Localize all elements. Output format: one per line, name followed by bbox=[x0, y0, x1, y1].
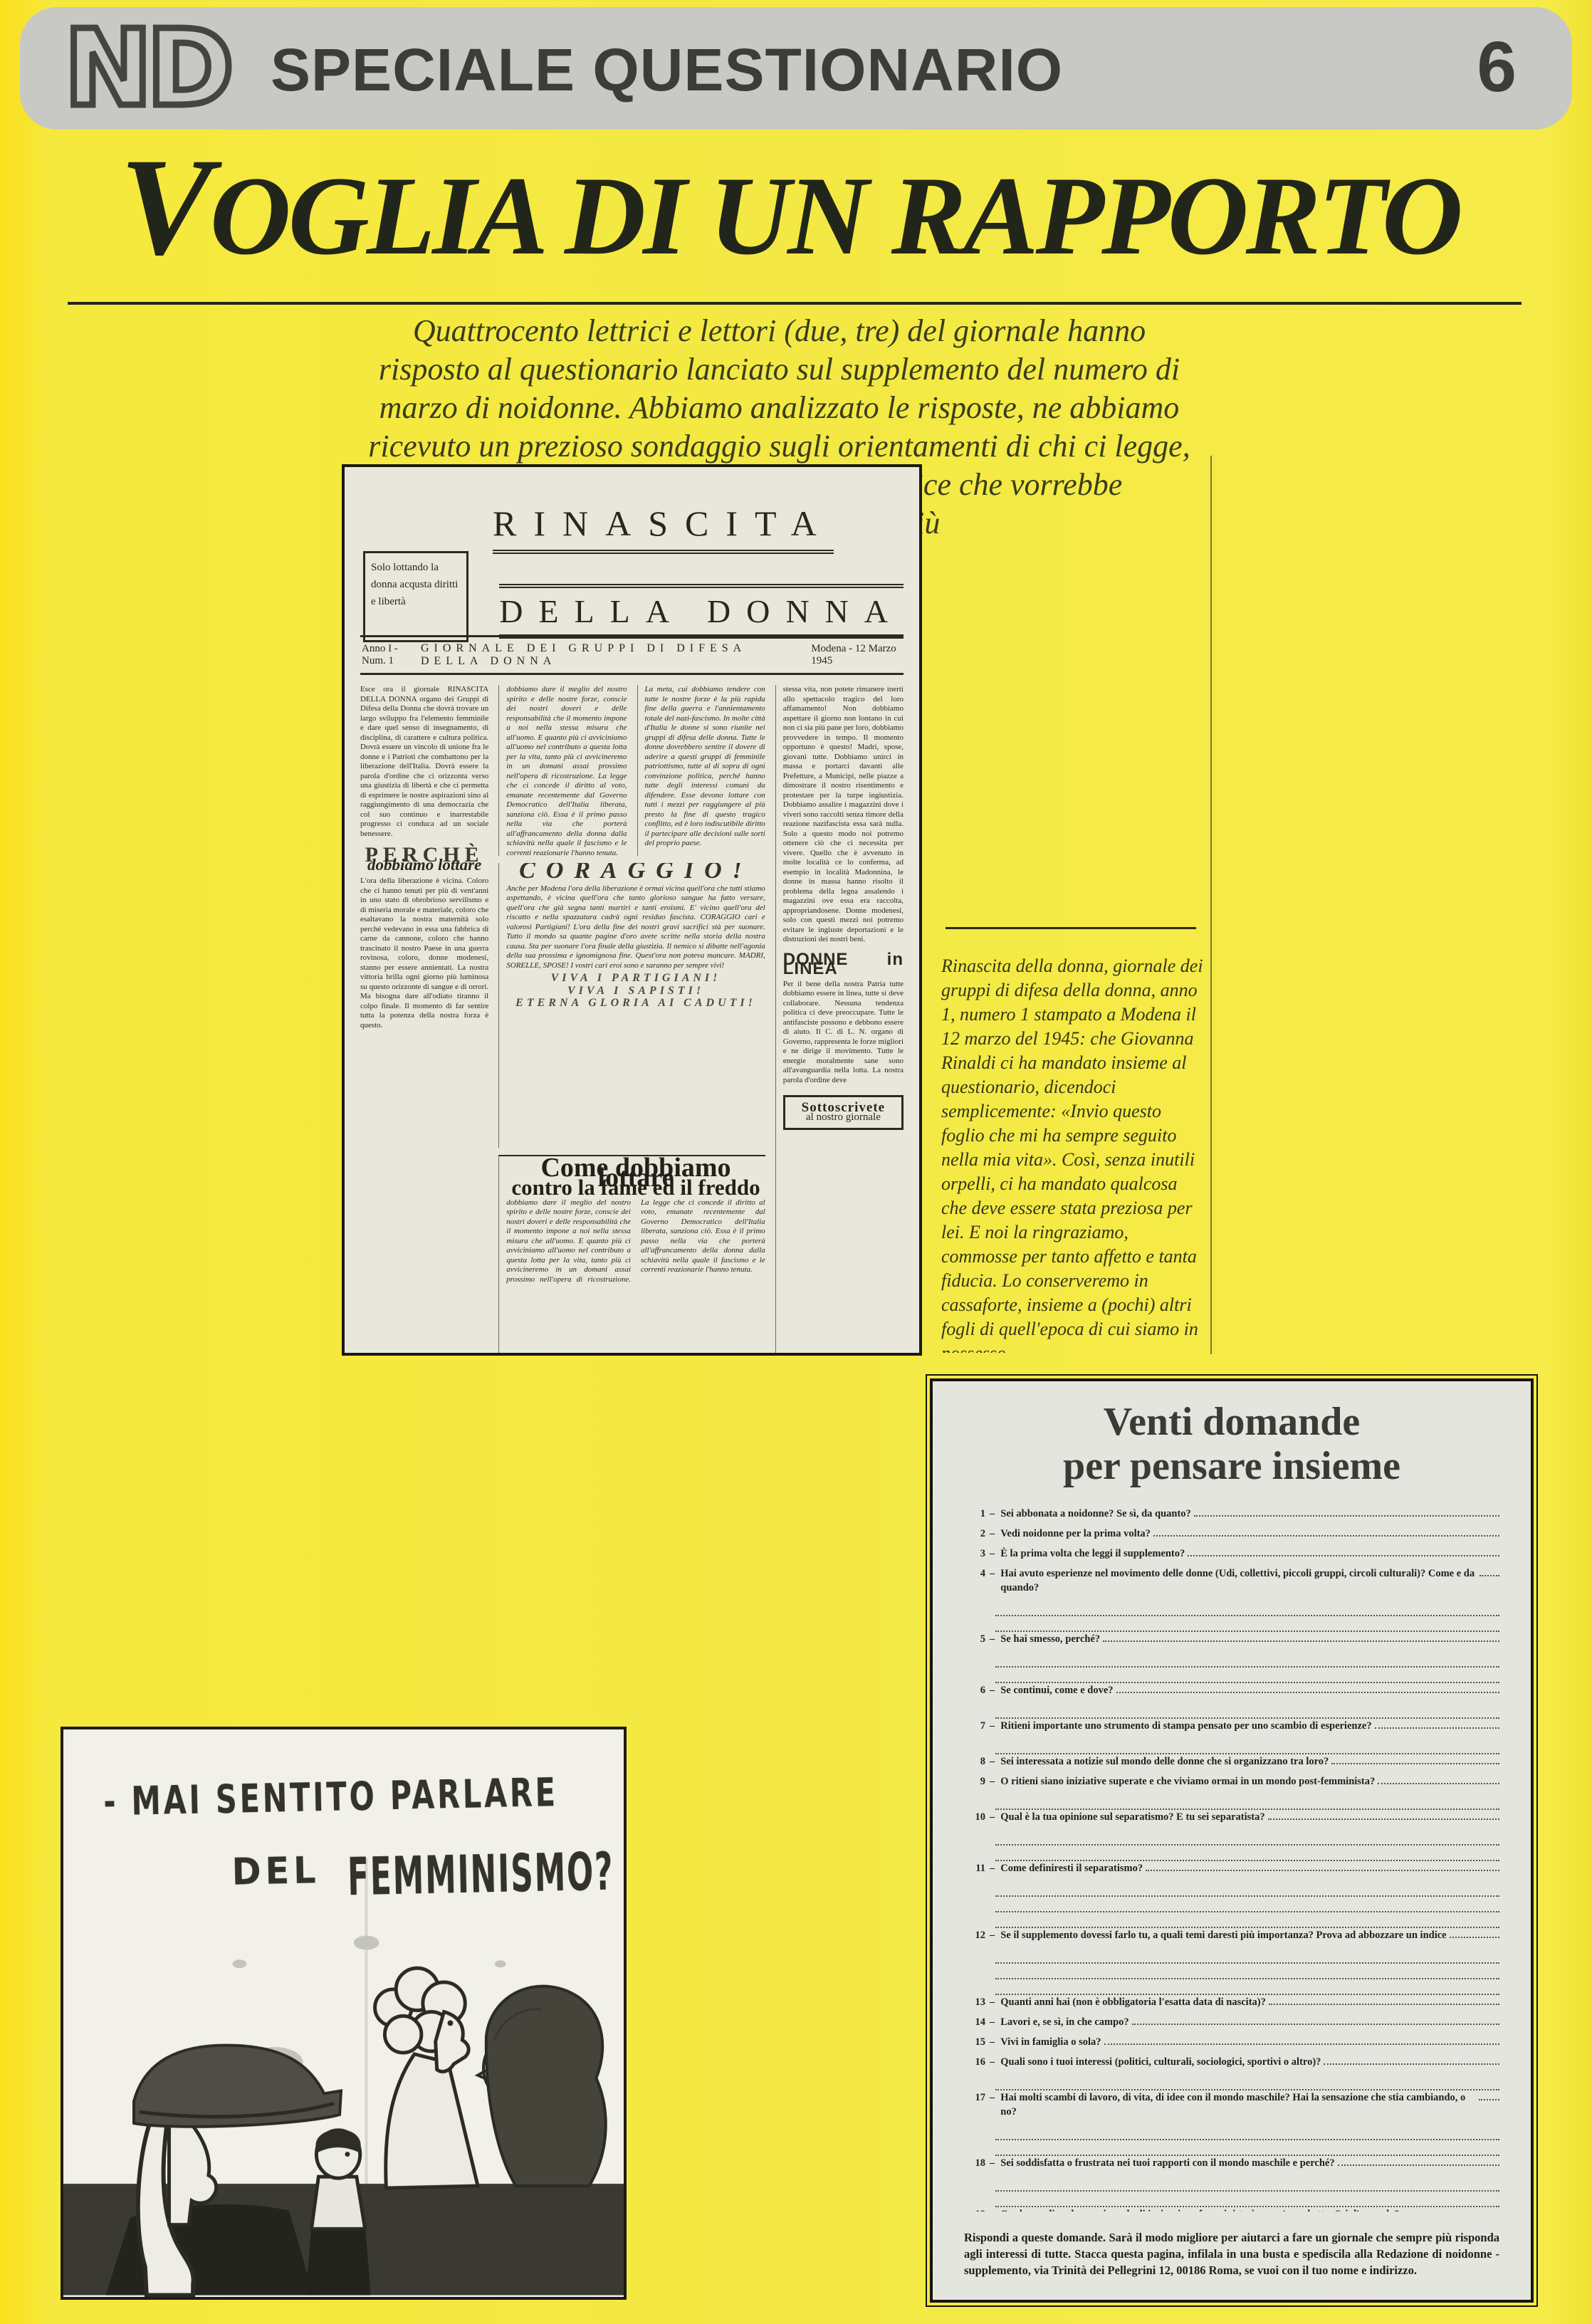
question-text: Se continui, come e dove? bbox=[1000, 1683, 1113, 1697]
question-text: O ritieni siano iniziative superate e ch… bbox=[1000, 1774, 1375, 1789]
answer-extra-lines bbox=[964, 1703, 1499, 1719]
question-list: 1 – Sei abbonata a noidonne? Se sì, da q… bbox=[964, 1507, 1499, 2212]
question-text: Come definiresti il separatismo? bbox=[1000, 1861, 1143, 1875]
page-number: 6 bbox=[1477, 7, 1517, 127]
questionnaire-question: 17 – Hai molti scambi di lavoro, di vita… bbox=[964, 2090, 1499, 2156]
question-text: Quali sono i tuoi interessi (politici, c… bbox=[1000, 2055, 1321, 2069]
answer-dotted-line bbox=[1194, 1515, 1499, 1517]
question-number: 17 bbox=[964, 2090, 985, 2105]
question-number: 2 bbox=[964, 1527, 985, 1541]
newspaper-col1: Esce ora il giornale RINASCITA DELLA DON… bbox=[360, 685, 488, 1356]
question-number: 14 bbox=[964, 2015, 985, 2029]
newspaper-heading-coraggio: CORAGGIO! bbox=[506, 866, 765, 876]
newspaper-slogan-box: Solo lottando la donna acqusta diritti e… bbox=[363, 551, 468, 642]
answer-dotted-line bbox=[1132, 2024, 1499, 2025]
question-number: 13 bbox=[964, 1995, 985, 2009]
article-headline: VOGLIA DI UN RAPPORTO bbox=[120, 140, 1551, 284]
question-number: 4 bbox=[964, 1566, 985, 1581]
question-text: Vivi in famiglia o sola? bbox=[1000, 2035, 1101, 2049]
questionnaire-question: 11 – Come definiresti il separatismo? bbox=[964, 1861, 1499, 1928]
questionnaire-title-line1: Venti domande bbox=[964, 1400, 1499, 1444]
question-text: Hai molti scambi di lavoro, di vita, di … bbox=[1000, 2090, 1475, 2119]
question-dash: – bbox=[985, 1507, 1000, 1521]
answer-dotted-line bbox=[1268, 1818, 1499, 1820]
questionnaire-question: 14 – Lavori e, se sì, in che campo? bbox=[964, 2015, 1499, 2029]
newspaper-col3: La meta, cui dobbiamo tendere con tutte … bbox=[637, 685, 765, 856]
questionnaire-box: Venti domande per pensare insieme 1 – Se… bbox=[930, 1378, 1534, 2303]
newspaper-col4: stessa vita, non potete rimanere inerti … bbox=[775, 685, 904, 1356]
questionnaire-question: 3 – È la prima volta che leggi il supple… bbox=[964, 1546, 1499, 1561]
question-dash: – bbox=[985, 1683, 1000, 1697]
question-number: 8 bbox=[964, 1754, 985, 1769]
answer-dotted-line bbox=[1324, 2063, 1499, 2065]
newspaper-text: stessa vita, non potete rimanere inerti … bbox=[783, 685, 904, 943]
questionnaire-question: 9 – O ritieni siano iniziative superate … bbox=[964, 1774, 1499, 1810]
question-dash: – bbox=[985, 1995, 1000, 2009]
newspaper-sottoscrivete-box: Sottoscrivete al nostro giornale bbox=[783, 1095, 904, 1130]
answer-dotted-line bbox=[1479, 2099, 1499, 2100]
question-text: Se hai smesso, perché? bbox=[1000, 1632, 1100, 1646]
newspaper-subtitle: GIORNALE DEI GRUPPI DI DIFESA DELLA DONN… bbox=[421, 642, 811, 668]
question-dash: – bbox=[985, 1546, 1000, 1561]
question-dash: – bbox=[985, 1774, 1000, 1789]
answer-extra-lines bbox=[964, 2125, 1499, 2156]
question-dash: – bbox=[985, 2055, 1000, 2069]
vintage-newspaper-image: Solo lottando la donna acqusta diritti e… bbox=[342, 464, 922, 1356]
newspaper-text: dobbiamo dare il meglio del nostro spiri… bbox=[506, 1198, 765, 1356]
nd-magazine-logo: ND bbox=[64, 9, 229, 128]
question-dash: – bbox=[985, 1810, 1000, 1824]
newspaper-title-line2: DELLA DONNA bbox=[499, 584, 904, 639]
question-text: Ritieni importante uno strumento di stam… bbox=[1000, 1719, 1371, 1733]
newspaper-heading-come2: contro la fame ed il freddo bbox=[506, 1183, 765, 1193]
newspaper-text: Per il bene della nostra Patria tutte do… bbox=[783, 980, 904, 1084]
questionnaire-question: 6 – Se continui, come e dove? bbox=[964, 1683, 1499, 1719]
question-text: Sei abbonata a noidonne? Se sì, da quant… bbox=[1000, 1507, 1191, 1521]
question-dash: – bbox=[985, 2015, 1000, 2029]
newspaper-text: L'ora della liberazione è vicina. Coloro… bbox=[360, 876, 488, 1030]
newspaper-issue: Anno I - Num. 1 bbox=[362, 643, 421, 667]
answer-dotted-line bbox=[1104, 2043, 1500, 2045]
answer-extra-lines bbox=[964, 1794, 1499, 1810]
column-divider-rule bbox=[946, 927, 1196, 929]
graffiti-line2a: DEL bbox=[231, 1849, 320, 1894]
question-number: 15 bbox=[964, 2035, 985, 2049]
newspaper-heading-perche-sub: dobbiamo lottare bbox=[360, 860, 488, 870]
newspaper-dateline: Modena - 12 Marzo 1945 bbox=[811, 643, 902, 667]
question-dash: – bbox=[985, 2035, 1000, 2049]
questionnaire-question: 1 – Sei abbonata a noidonne? Se sì, da q… bbox=[964, 1507, 1499, 1521]
question-number: 19 bbox=[964, 2207, 985, 2212]
answer-extra-lines bbox=[964, 1948, 1499, 1995]
answer-dotted-line bbox=[1146, 1870, 1499, 1871]
question-dash: – bbox=[985, 2207, 1000, 2212]
answer-extra-lines bbox=[964, 1601, 1499, 1632]
question-text: Qualcuno dice che un giornale di ispiraz… bbox=[1000, 2207, 1399, 2212]
question-dash: – bbox=[985, 1527, 1000, 1541]
question-dash: – bbox=[985, 1719, 1000, 1733]
questionnaire-question: 18 – Sei soddisfatta o frustrata nei tuo… bbox=[964, 2156, 1499, 2207]
answer-dotted-line bbox=[1338, 2165, 1499, 2166]
graffiti-line1: - MAI SENTITO PARLARE bbox=[103, 1770, 559, 1825]
answer-extra-lines bbox=[964, 1739, 1499, 1754]
question-number: 18 bbox=[964, 2156, 985, 2170]
newspaper-title-line1: RINASCITA bbox=[493, 503, 834, 554]
answer-extra-lines bbox=[964, 1881, 1499, 1928]
questionnaire-question: 7 – Ritieni importante uno strumento di … bbox=[964, 1719, 1499, 1754]
child bbox=[306, 2130, 371, 2296]
question-number: 5 bbox=[964, 1632, 985, 1646]
newspaper-heading-donne: DONNE in LINEA bbox=[783, 955, 904, 974]
question-number: 3 bbox=[964, 1546, 985, 1561]
answer-extra-lines bbox=[964, 2176, 1499, 2207]
question-dash: – bbox=[985, 1632, 1000, 1646]
question-dash: – bbox=[985, 2156, 1000, 2170]
question-text: Se il supplemento dovessi farlo tu, a qu… bbox=[1000, 1928, 1446, 1942]
page-header-bar: ND SPECIALE QUESTIONARIO 6 bbox=[20, 7, 1572, 130]
newspaper-col2: dobbiamo dare il meglio del nostro spiri… bbox=[498, 685, 627, 856]
question-text: Sei interessata a notizie sul mondo dell… bbox=[1000, 1754, 1329, 1769]
question-text: Qual è la tua opinione sul separatismo? … bbox=[1000, 1810, 1264, 1824]
questionnaire-title: Venti domande per pensare insieme bbox=[964, 1400, 1499, 1488]
questionnaire-question: 8 – Sei interessata a notizie sul mondo … bbox=[964, 1754, 1499, 1769]
newspaper-viva-line3: ETERNA GLORIA AI CADUTI! bbox=[506, 998, 765, 1008]
question-number: 11 bbox=[964, 1861, 985, 1875]
questionnaire-question: 15 – Vivi in famiglia o sola? bbox=[964, 2035, 1499, 2049]
article-col4 bbox=[938, 451, 1203, 907]
answer-dotted-line bbox=[1116, 1692, 1499, 1693]
question-dash: – bbox=[985, 1566, 1000, 1581]
headline-rule bbox=[68, 302, 1522, 305]
newspaper-text: Esce ora il giornale RINASCITA DELLA DON… bbox=[360, 685, 488, 838]
questionnaire-question: 12 – Se il supplemento dovessi farlo tu,… bbox=[964, 1928, 1499, 1995]
question-text: Quanti anni hai (non è obbligatoria l'es… bbox=[1000, 1995, 1266, 2009]
article-col3 bbox=[652, 1380, 921, 2170]
answer-dotted-line bbox=[1188, 1555, 1499, 1556]
newspaper-issue-line: Anno I - Num. 1 GIORNALE DEI GRUPPI DI D… bbox=[360, 635, 904, 675]
question-text: Lavori e, se sì, in che campo? bbox=[1000, 2015, 1128, 2029]
questionnaire-question: 10 – Qual è la tua opinione sul separati… bbox=[964, 1810, 1499, 1861]
questionnaire-question: 19 – Qualcuno dice che un giornale di is… bbox=[964, 2207, 1499, 2212]
newspaper-coraggio-block: CORAGGIO! Anche per Modena l'ora della l… bbox=[498, 863, 765, 1148]
answer-dotted-line bbox=[1331, 1763, 1499, 1764]
newspaper-come-block: Come dobbiamo lottare contro la fame ed … bbox=[498, 1155, 765, 1356]
question-number: 1 bbox=[964, 1507, 985, 1521]
answer-extra-lines bbox=[964, 1830, 1499, 1861]
section-title: SPECIALE QUESTIONARIO bbox=[271, 7, 1063, 132]
newspaper-text: Anche per Modena l'ora della liberazione… bbox=[506, 884, 765, 970]
question-number: 6 bbox=[964, 1683, 985, 1697]
question-text: Sei soddisfatta o frustrata nei tuoi rap… bbox=[1000, 2156, 1334, 2170]
answer-extra-lines bbox=[964, 1652, 1499, 1683]
answer-dotted-line bbox=[1450, 1937, 1499, 1938]
questionnaire-question: 5 – Se hai smesso, perché? bbox=[964, 1632, 1499, 1683]
cartoon-illustration: - MAI SENTITO PARLARE DEL FEMMINISMO? bbox=[61, 1727, 627, 2300]
questionnaire-question: 4 – Hai avuto esperienze nel movimento d… bbox=[964, 1566, 1499, 1632]
question-number: 7 bbox=[964, 1719, 985, 1733]
newspaper-columns: Esce ora il giornale RINASCITA DELLA DON… bbox=[360, 685, 904, 1356]
question-text: È la prima volta che leggi il supplement… bbox=[1000, 1546, 1185, 1561]
question-dash: – bbox=[985, 1754, 1000, 1769]
answer-dotted-line bbox=[1480, 1575, 1499, 1576]
question-number: 9 bbox=[964, 1774, 985, 1789]
newspaper-caption: Rinascita della donna, giornale dei grup… bbox=[941, 954, 1203, 1353]
answer-dotted-line bbox=[1153, 1535, 1499, 1537]
question-text: Hai avuto esperienze nel movimento delle… bbox=[1000, 1566, 1477, 1595]
article-col1 bbox=[66, 313, 335, 1684]
question-number: 16 bbox=[964, 2055, 985, 2069]
questionnaire-question: 13 – Quanti anni hai (non è obbligatoria… bbox=[964, 1995, 1499, 2009]
question-number: 10 bbox=[964, 1810, 985, 1824]
question-number: 12 bbox=[964, 1928, 985, 1942]
answer-dotted-line bbox=[1269, 2004, 1499, 2005]
questionnaire-question: 16 – Quali sono i tuoi interessi (politi… bbox=[964, 2055, 1499, 2090]
newspaper-viva-line2: VIVA I SAPISTI! bbox=[506, 986, 765, 996]
question-dash: – bbox=[985, 1861, 1000, 1875]
cartoon-svg: - MAI SENTITO PARLARE DEL FEMMINISMO? bbox=[63, 1729, 624, 2297]
column-separator bbox=[1210, 456, 1212, 1354]
article-col2 bbox=[357, 1390, 628, 1721]
article-col5 bbox=[1219, 313, 1525, 1356]
question-dash: – bbox=[985, 1928, 1000, 1942]
answer-dotted-line bbox=[1103, 1640, 1499, 1642]
questionnaire-title-line2: per pensare insieme bbox=[964, 1444, 1499, 1488]
answer-extra-lines bbox=[964, 2075, 1499, 2090]
questionnaire-question: 2 – Vedi noidonne per la prima volta? bbox=[964, 1527, 1499, 1541]
question-text: Vedi noidonne per la prima volta? bbox=[1000, 1527, 1151, 1541]
newspaper-masthead: Solo lottando la donna acqusta diritti e… bbox=[360, 483, 904, 675]
graffiti-line2b: FEMMINISMO? bbox=[347, 1841, 614, 1907]
answer-dotted-line bbox=[1375, 1727, 1499, 1729]
newspaper-viva-line1: VIVA I PARTIGIANI! bbox=[506, 973, 765, 983]
question-dash: – bbox=[985, 2090, 1000, 2105]
answer-dotted-line bbox=[1378, 1783, 1499, 1784]
magazine-page: { "colors":{"page_yellow":"#f4e944","hea… bbox=[0, 0, 1592, 2324]
questionnaire-footer-note: Rispondi a queste domande. Sarà il modo … bbox=[964, 2229, 1499, 2278]
